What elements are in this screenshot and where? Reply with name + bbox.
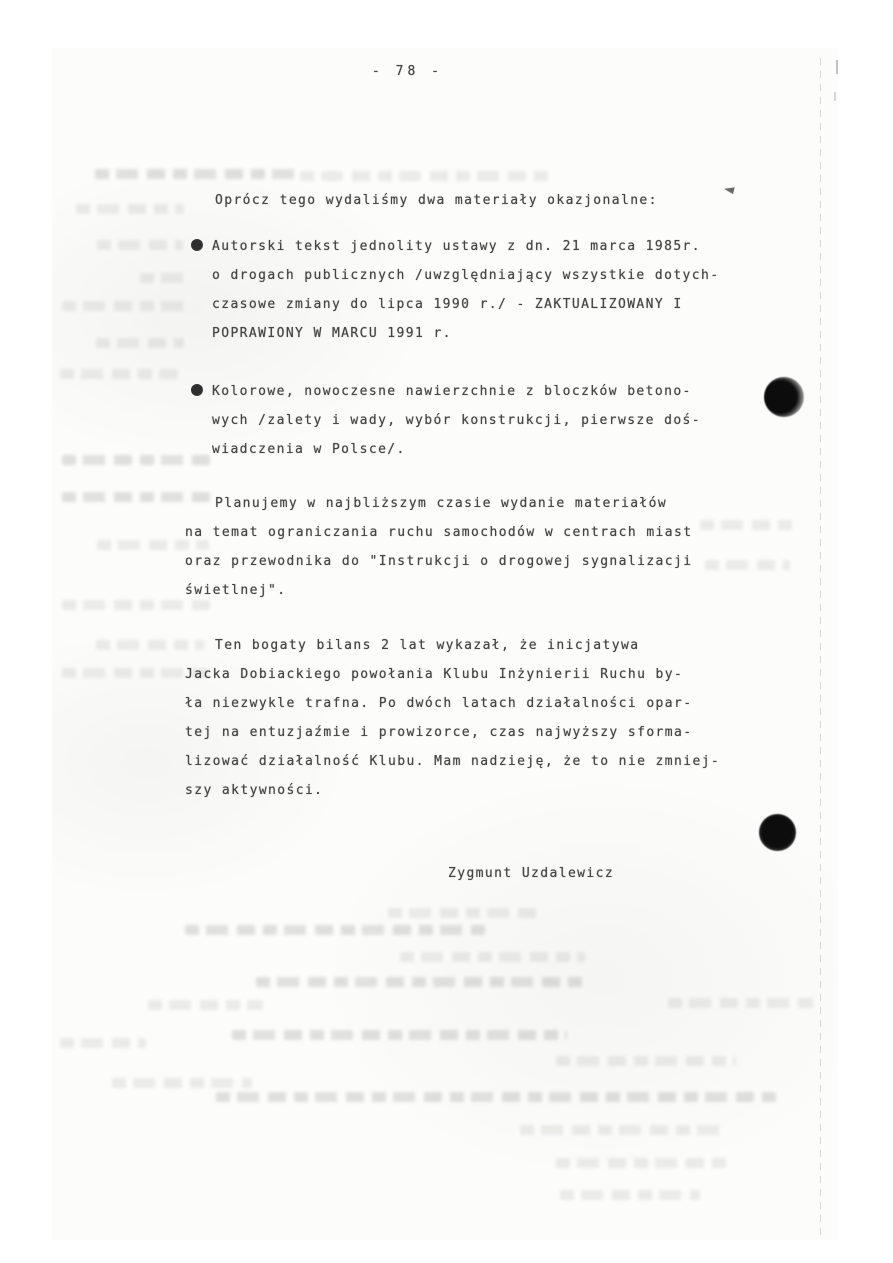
ghost-text-strip bbox=[60, 369, 178, 379]
page-number: - 78 - bbox=[372, 64, 443, 79]
text-line: ła niezwykle trafna. Po dwóch latach dzi… bbox=[185, 689, 745, 718]
edge-mark bbox=[836, 60, 838, 74]
bullet-item-nawierzchnie: Kolorowe, nowoczesne nawierzchnie z bloc… bbox=[185, 377, 745, 464]
text-line: Jacka Dobiackiego powołania Klubu Inżyni… bbox=[185, 660, 745, 689]
ghost-text-strip bbox=[520, 1125, 720, 1135]
text-line: lizować działalność Klubu. Mam nadzieję,… bbox=[185, 747, 745, 776]
edge-mark bbox=[834, 92, 836, 101]
ghost-text-strip bbox=[400, 952, 585, 962]
ghost-text-strip bbox=[185, 925, 485, 935]
ghost-text-strip bbox=[62, 301, 184, 311]
bullet-icon bbox=[191, 384, 203, 396]
text-line: wych /zalety i wady, wybór konstrukcji, … bbox=[212, 406, 745, 435]
ghost-text-strip bbox=[556, 1158, 726, 1168]
text-line: oraz przewodnika do "Instrukcji o drogow… bbox=[185, 547, 745, 576]
text-line: na temat ograniczania ruchu samochodów w… bbox=[185, 518, 745, 547]
ghost-text-strip bbox=[216, 1092, 776, 1102]
ghost-text-strip bbox=[60, 1038, 146, 1048]
text-line: szy aktywności. bbox=[185, 776, 745, 805]
text-line: tej na entuzjaźmie i prowizorce, czas na… bbox=[185, 718, 745, 747]
ghost-text-strip bbox=[97, 240, 183, 250]
text-line: POPRAWIONY W MARCU 1991 r. bbox=[212, 319, 745, 348]
paragraph-plans: Planujemy w najbliższym czasie wydanie m… bbox=[185, 489, 745, 605]
text-line: Autorski tekst jednolity ustawy z dn. 21… bbox=[212, 232, 745, 261]
ghost-text-strip bbox=[76, 204, 184, 214]
punch-hole-bottom bbox=[759, 814, 796, 851]
text-line: wiadczenia w Polsce/. bbox=[212, 435, 745, 464]
punch-hole-top bbox=[764, 377, 804, 417]
intro-line: Oprócz tego wydaliśmy dwa materiały okaz… bbox=[185, 186, 745, 215]
text-line: Planujemy w najbliższym czasie wydanie m… bbox=[185, 489, 745, 518]
ghost-text-strip bbox=[556, 1056, 736, 1066]
bullet-icon bbox=[191, 239, 203, 251]
text-line: o drogach publicznych /uwzględniający ws… bbox=[212, 261, 745, 290]
ghost-text-strip bbox=[95, 169, 295, 179]
bullet-item-ustawa: Autorski tekst jednolity ustawy z dn. 21… bbox=[185, 232, 745, 348]
paragraph-summary: Ten bogaty bilans 2 lat wykazał, że inic… bbox=[185, 631, 745, 805]
ghost-text-strip bbox=[256, 977, 586, 987]
ghost-text-strip bbox=[300, 171, 555, 181]
page-edge-line bbox=[820, 58, 821, 1238]
ghost-text-strip bbox=[140, 273, 186, 283]
scanned-document-page: - 78 - Oprócz tego wydaliśmy dwa materia… bbox=[0, 0, 893, 1263]
text-line: Ten bogaty bilans 2 lat wykazał, że inic… bbox=[185, 631, 745, 660]
text-line: świetlnej". bbox=[185, 576, 745, 605]
ghost-text-strip bbox=[668, 998, 813, 1008]
ghost-text-strip bbox=[148, 1000, 263, 1010]
text-line: czasowe zmiany do lipca 1990 r./ - ZAKTU… bbox=[212, 290, 745, 319]
ghost-text-strip bbox=[232, 1030, 567, 1040]
text-line: Kolorowe, nowoczesne nawierzchnie z bloc… bbox=[212, 377, 745, 406]
author-signature: Zygmunt Uzdalewicz bbox=[448, 866, 614, 881]
ghost-text-strip bbox=[96, 338, 184, 348]
ghost-text-strip bbox=[112, 1078, 252, 1088]
body-text-column: Oprócz tego wydaliśmy dwa materiały okaz… bbox=[185, 186, 745, 805]
ghost-text-strip bbox=[560, 1190, 700, 1200]
ghost-text-strip bbox=[388, 908, 543, 918]
